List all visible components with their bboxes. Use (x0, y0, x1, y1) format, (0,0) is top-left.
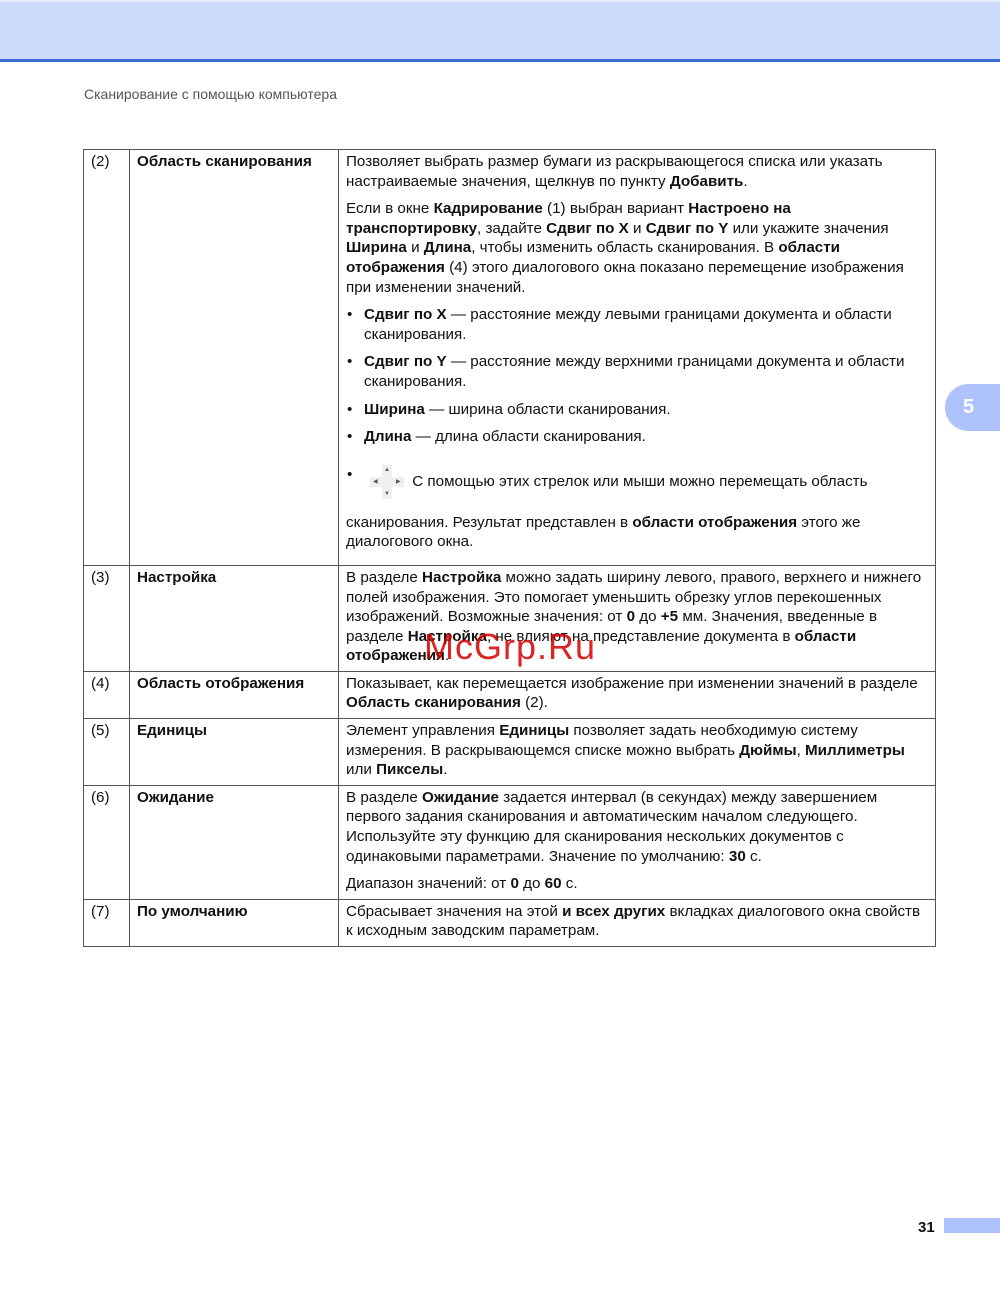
chapter-number: 5 (963, 396, 974, 419)
list-item: Ширина — ширина области сканирования. (346, 400, 929, 420)
description-paragraph: В разделе Ожидание задается интервал (в … (346, 788, 929, 866)
header-rule (0, 59, 1000, 62)
description-paragraph: Если в окне Кадрирование (1) выбран вари… (346, 199, 929, 297)
running-title: Сканирование с помощью компьютера (84, 86, 337, 102)
list-item: Сдвиг по X — расстояние между левыми гра… (346, 305, 929, 344)
row-number: (3) (84, 565, 130, 671)
table-row: (5) Единицы Элемент управления Единицы п… (84, 719, 936, 786)
description-paragraph: Позволяет выбрать размер бумаги из раскр… (346, 152, 929, 191)
row-description: В разделе Ожидание задается интервал (в … (339, 785, 936, 899)
row-number: (5) (84, 719, 130, 786)
table-row: (2) Область сканирования Позволяет выбра… (84, 150, 936, 566)
description-paragraph: Показывает, как перемещается изображение… (346, 674, 929, 713)
row-description: Показывает, как перемещается изображение… (339, 671, 936, 718)
description-paragraph: Сбрасывает значения на этой и всех други… (346, 902, 929, 941)
row-name: По умолчанию (130, 899, 339, 946)
parameters-table: (2) Область сканирования Позволяет выбра… (83, 149, 936, 947)
page-number-bar (944, 1218, 1000, 1233)
row-number: (4) (84, 671, 130, 718)
table-row: (7) По умолчанию Сбрасывает значения на … (84, 899, 936, 946)
row-number: (6) (84, 785, 130, 899)
arrow-keys-icon: ▲ ▼ ◀ ▶ (370, 465, 404, 499)
table-row: (6) Ожидание В разделе Ожидание задается… (84, 785, 936, 899)
row-description: Позволяет выбрать размер бумаги из раскр… (339, 150, 936, 566)
row-number: (2) (84, 150, 130, 566)
row-number: (7) (84, 899, 130, 946)
chapter-tab: 5 (945, 384, 1000, 431)
row-name: Область сканирования (130, 150, 339, 566)
list-item: Сдвиг по Y — расстояние между верхними г… (346, 352, 929, 391)
row-name: Настройка (130, 565, 339, 671)
row-description: Сбрасывает значения на этой и всех други… (339, 899, 936, 946)
page-number: 31 (918, 1219, 935, 1236)
row-name: Ожидание (130, 785, 339, 899)
list-item: ▲ ▼ ◀ ▶ С помощью этих стрелок или мыши … (346, 465, 929, 552)
row-name: Единицы (130, 719, 339, 786)
row-description: Элемент управления Единицы позволяет зад… (339, 719, 936, 786)
watermark: McGrp.Ru (424, 626, 596, 668)
bullet-list: Сдвиг по X — расстояние между левыми гра… (346, 305, 929, 552)
table-row: (4) Область отображения Показывает, как … (84, 671, 936, 718)
list-item: Длина — длина области сканирования. (346, 427, 929, 447)
description-paragraph: Диапазон значений: от 0 до 60 с. (346, 874, 929, 894)
row-name: Область отображения (130, 671, 339, 718)
header-band (0, 0, 1000, 61)
description-paragraph: Элемент управления Единицы позволяет зад… (346, 721, 929, 780)
